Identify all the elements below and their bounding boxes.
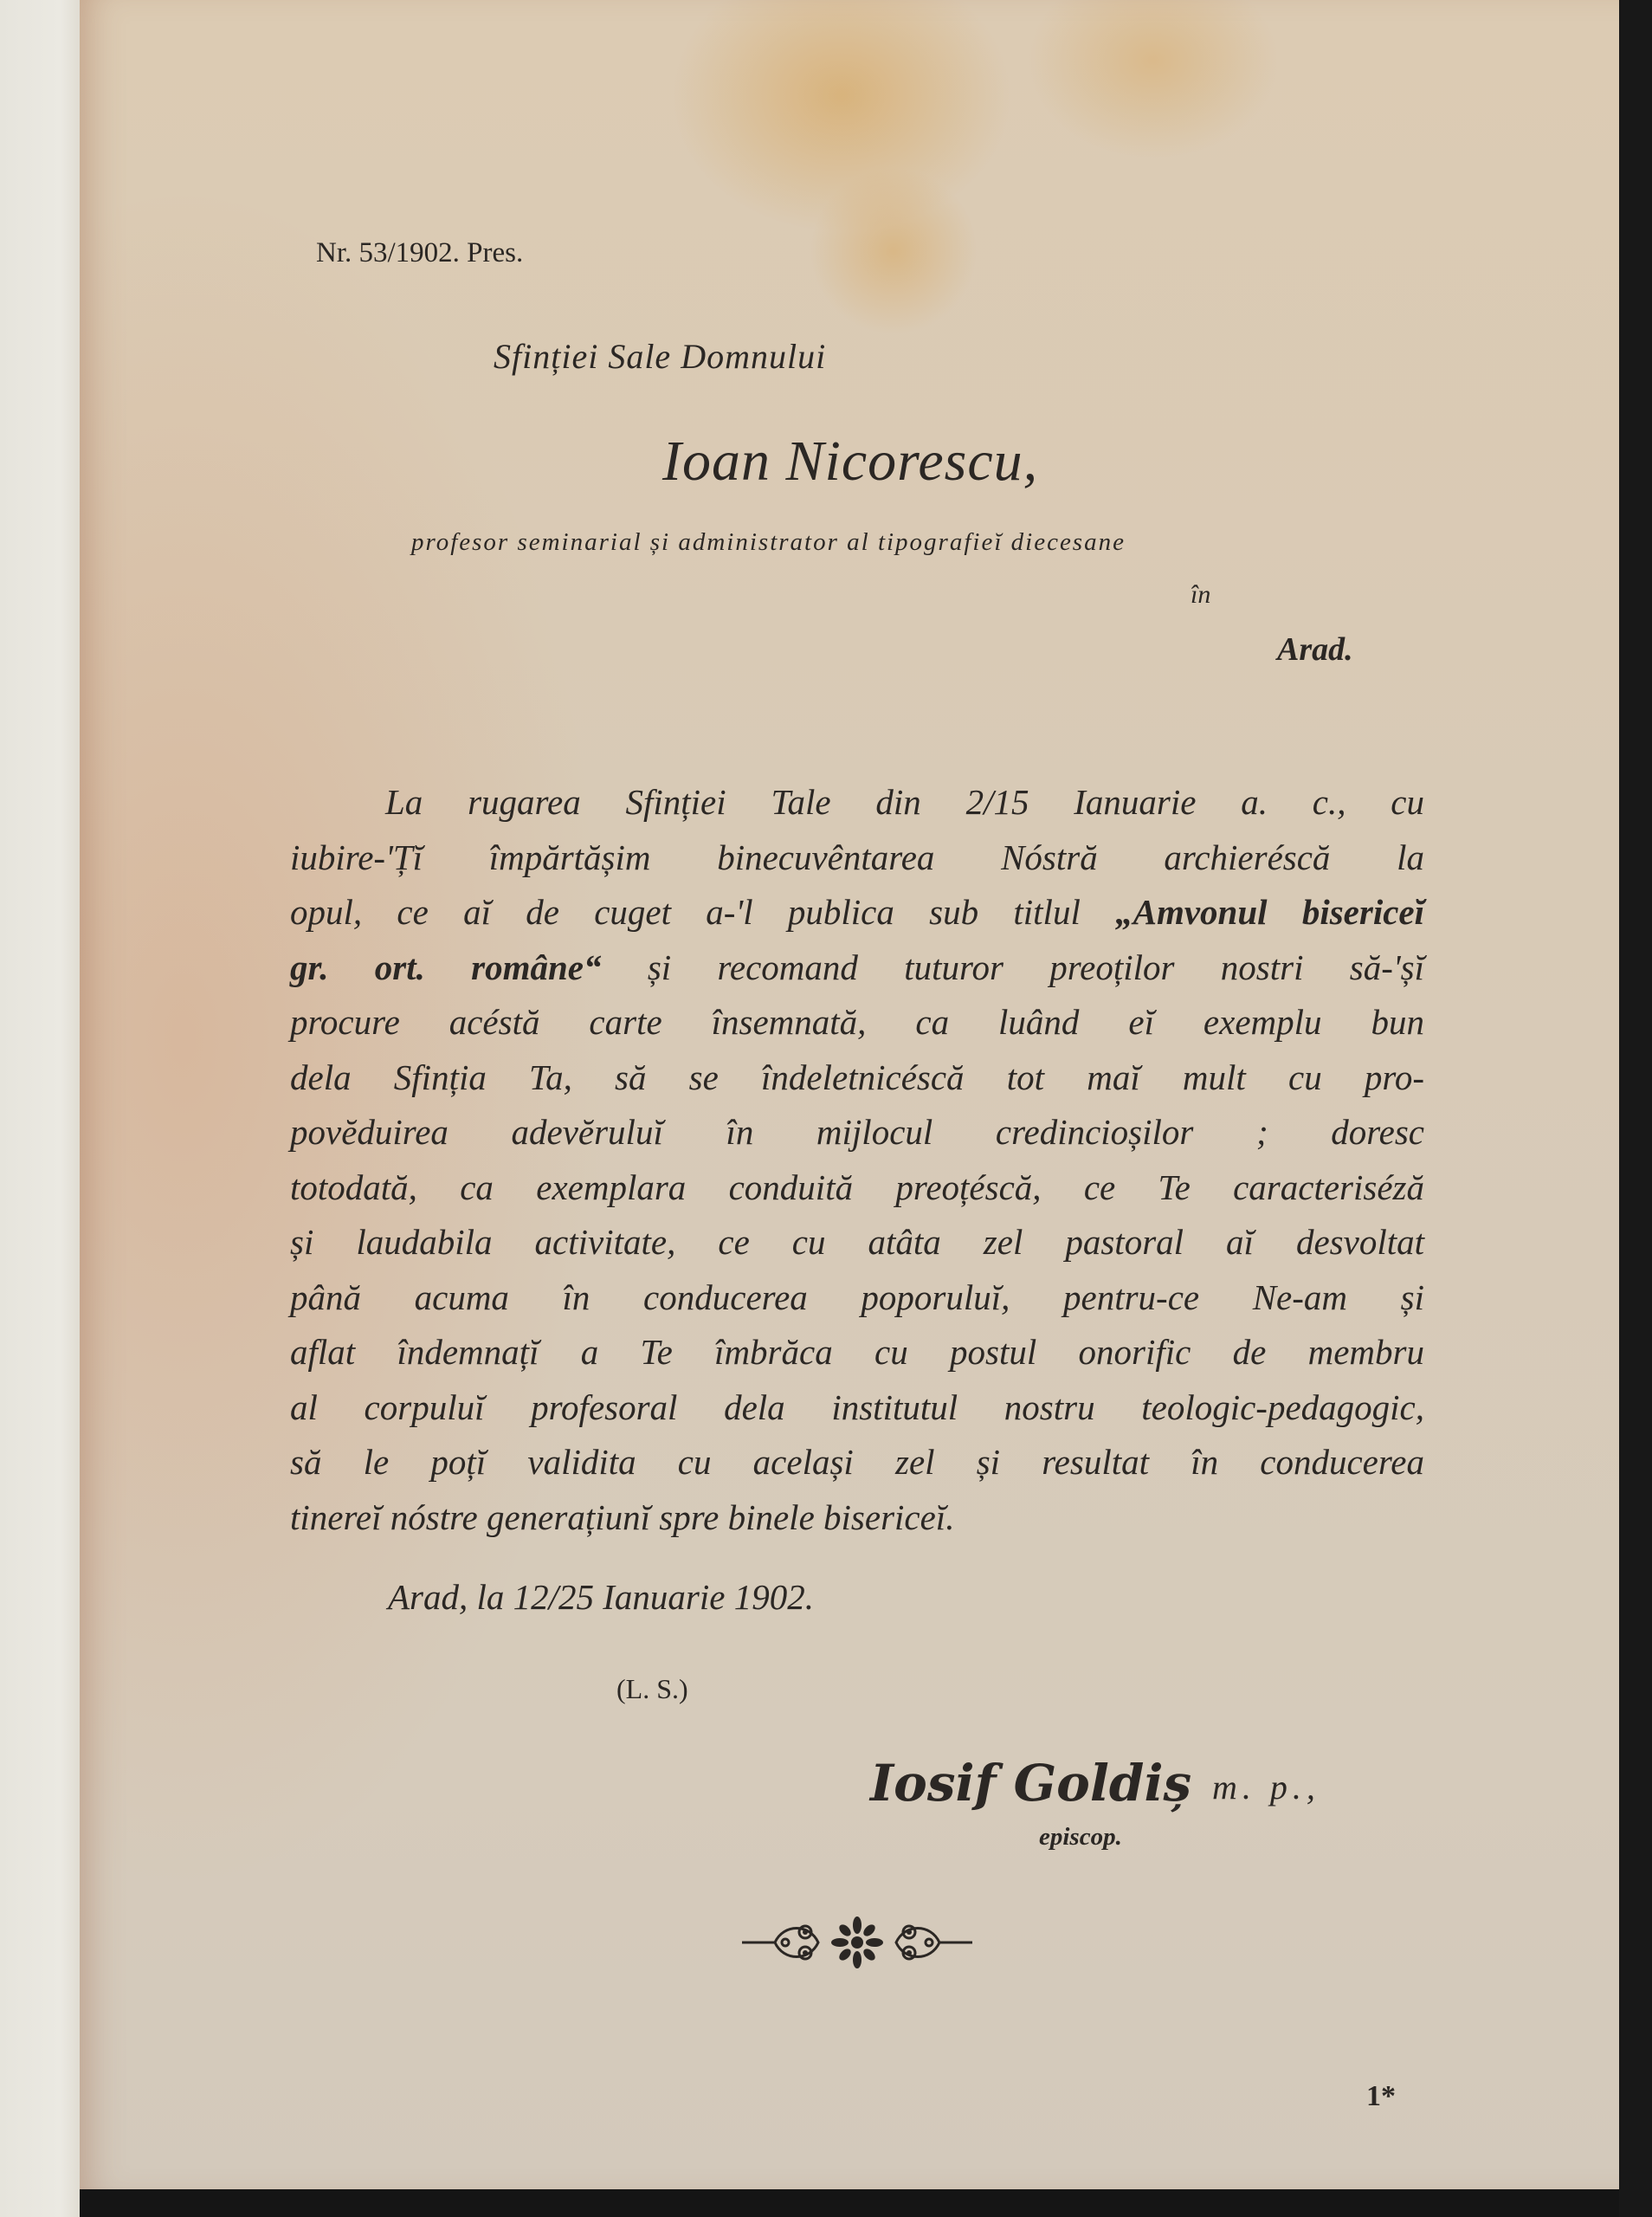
letter-body: La rugarea Sfinției Tale din 2/15 Ianuar… [290,775,1424,1545]
signature: Iosif Goldiș [870,1754,1191,1813]
body-line: până acuma în conducerea poporuluĭ, pent… [290,1270,1424,1326]
adjacent-page-edge [0,0,87,2217]
body-line: opul, ce aĭ de cuget a-'l publica sub ti… [290,885,1424,940]
recipient-role: profesor seminarial și administrator al … [411,528,1126,557]
page-number: 1* [1366,2080,1396,2113]
floral-ornament-icon [740,1916,974,1968]
book-title: „Amvonul bisericeĭ [1115,892,1424,932]
location-prefix: în [1191,580,1210,610]
signature-suffix: m. p., [1212,1767,1320,1807]
body-line: și laudabila activitate, ce cu atâta zel… [290,1215,1424,1270]
body-line: aflat îndemnațĭ a Te îmbrăca cu postul o… [290,1325,1424,1380]
body-line: totodată, ca exemplara conduită preoțésc… [290,1160,1424,1216]
body-line: La rugarea Sfinției Tale din 2/15 Ianuar… [290,775,1424,831]
body-line: procure acéstă carte însemnată, ca luând… [290,995,1424,1050]
body-line: gr. ort. române“ și recomand tuturor pre… [290,940,1424,996]
reference-number: Nr. 53/1902. Pres. [316,237,523,269]
body-line: dela Sfinția Ta, să se îndeletnicéscă to… [290,1050,1424,1106]
salutation: Sfinției Sale Domnului [494,336,826,377]
body-line: să le pоțĭ validita cu același zel și re… [290,1435,1424,1490]
body-line: al corpuluĭ profesoral dela institutul n… [290,1380,1424,1436]
date-line: Arad, la 12/25 Ianuarie 1902. [388,1576,814,1618]
body-line: iubire-'Țĭ împărtășim binecuvêntarea Nós… [290,831,1424,886]
signatory-title: episcop. [1039,1823,1122,1852]
seal-mark: (L. S.) [616,1673,688,1705]
body-line: povĕduirea adevĕruluĭ în mijlocul credin… [290,1105,1424,1160]
recipient-name: Ioan Nicorescu, [662,429,1038,494]
book-title: gr. ort. române“ [290,947,602,987]
recipient-location: Arad. [1277,630,1353,669]
dark-background-bottom [80,2189,1619,2217]
dark-background-right [1619,0,1652,2217]
body-line: tinereĭ nóstre generațiunĭ spre binele b… [290,1490,1424,1546]
